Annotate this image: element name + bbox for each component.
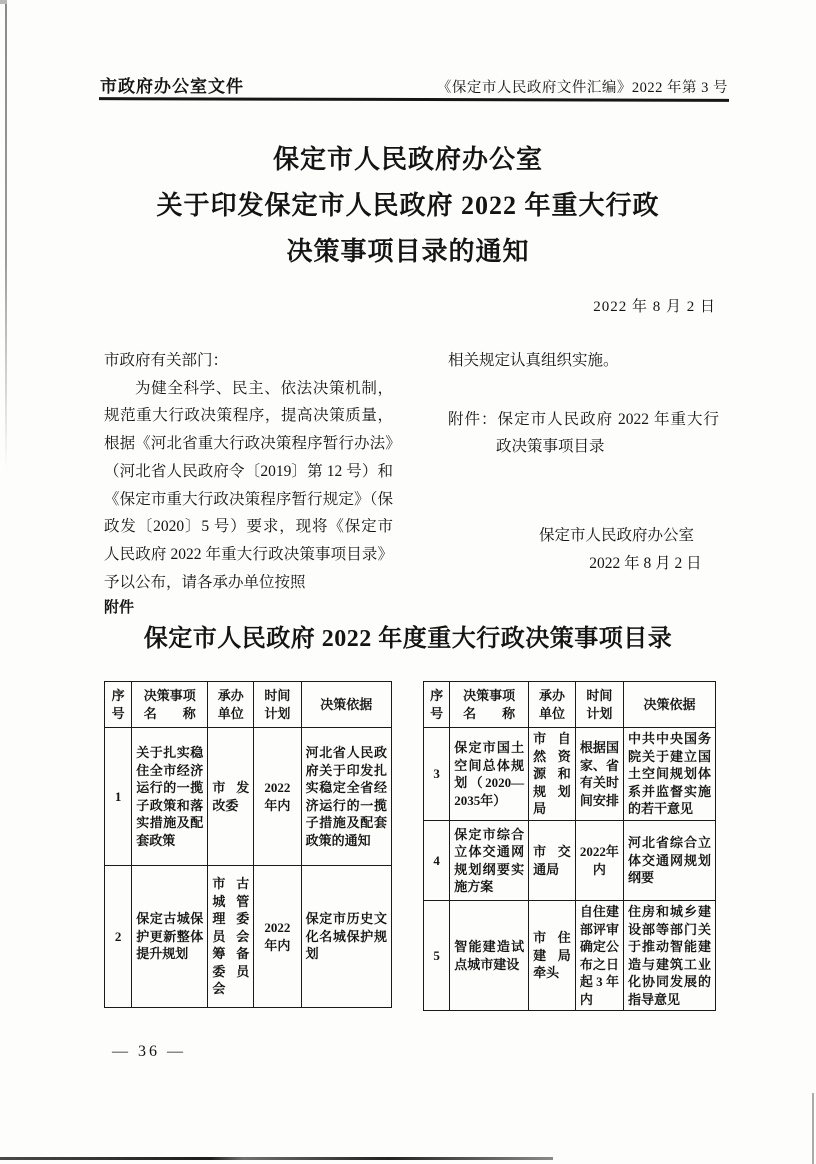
- col-header-time: 时间 计划: [254, 682, 301, 728]
- col-header-time-line1: 时间: [258, 687, 296, 705]
- cell-time: 2022年内: [254, 866, 301, 1008]
- col-header-name-line2: 名 称: [136, 705, 203, 723]
- col-header-time-line2: 计划: [258, 705, 296, 723]
- annex-title: 保定市人民政府 2022 年度重大行政决策事项目录: [0, 618, 816, 653]
- masthead-doc-type: 市政府办公室文件: [100, 72, 244, 97]
- cell-no: 4: [424, 821, 450, 901]
- table-header-row: 序号 决策事项 名 称 承办 单位 时间 计划 决策依据: [105, 682, 392, 728]
- scanned-document-page: 市政府办公室文件 《保定市人民政府文件汇编》2022 年第 3 号 保定市人民政…: [0, 0, 816, 1164]
- col-header-org: 承办 单位: [208, 682, 254, 728]
- masthead-divider: [99, 97, 729, 102]
- body-paragraph-continuation: 相关规定认真组织实施。: [448, 347, 719, 375]
- cell-no: 5: [424, 901, 450, 1011]
- col-header-basis: 决策依据: [301, 682, 391, 728]
- masthead-compilation-issue: 《保定市人民政府文件汇编》2022 年第 3 号: [437, 76, 728, 97]
- cell-org: 市自然资源和规划局: [529, 728, 576, 821]
- cell-basis: 河北省人民政府关于印发扎实稳定全省经济运行的一揽子措施及配套政策的通知: [301, 728, 391, 866]
- cell-no: 2: [105, 866, 132, 1008]
- table-row: 5 智能建造试点城市建设 市住建局牵头 自住建部评审确定公布之日起3年内 住房和…: [424, 901, 716, 1011]
- table-row: 1 关于扎实稳住全市经济运行的一揽子政策和落实措施及配套政策 市发改委 2022…: [105, 728, 392, 866]
- annex-label: 附件: [104, 596, 134, 617]
- cell-basis: 中共中央国务院关于建立国土空间规划体系并监督实施的若干意见: [623, 728, 715, 821]
- scan-artifact-bottom-line: [0, 1157, 553, 1160]
- col-header-org: 承办 单位: [529, 682, 576, 728]
- decision-catalog-table-left: 序号 决策事项 名 称 承办 单位 时间 计划 决策依据 1 关于扎实稳住全市经…: [104, 681, 392, 1008]
- masthead: 市政府办公室文件 《保定市人民政府文件汇编》2022 年第 3 号: [100, 72, 728, 97]
- signature-date: 2022 年 8 月 2 日: [514, 550, 719, 578]
- col-header-time-line1: 时间: [580, 687, 619, 705]
- cell-basis: 河北省综合立体交通网规划纲要: [623, 821, 715, 901]
- signer-name: 保定市人民政府办公室: [514, 522, 719, 550]
- table-header-row: 序号 决策事项 名 称 承办 单位 时间 计划 决策依据: [424, 682, 716, 728]
- cell-time: 自住建部评审确定公布之日起3年内: [575, 901, 623, 1011]
- col-header-org-line2: 单位: [533, 705, 571, 723]
- col-header-no: 序号: [105, 682, 132, 728]
- cell-name: 智能建造试点城市建设: [450, 901, 529, 1011]
- attachment-reference: 附件：保定市人民政府 2022 年重大行政决策事项目录: [448, 406, 719, 461]
- cell-org: 市发改委: [208, 728, 254, 866]
- table-row: 3 保定市国土空间总体规划（2020—2035年） 市自然资源和规划局 根据国家…: [424, 728, 716, 821]
- decision-catalog-table-right: 序号 决策事项 名 称 承办 单位 时间 计划 决策依据 3 保定市国土空间总体…: [423, 681, 716, 1011]
- cell-no: 3: [424, 728, 450, 821]
- cell-no: 1: [105, 728, 132, 866]
- col-header-name: 决策事项 名 称: [450, 682, 529, 728]
- signature-block: 保定市人民政府办公室 2022 年 8 月 2 日: [448, 522, 719, 577]
- col-header-org-line2: 单位: [212, 705, 249, 723]
- col-header-name: 决策事项 名 称: [132, 682, 208, 728]
- cell-name: 关于扎实稳住全市经济运行的一揽子政策和落实措施及配套政策: [132, 728, 208, 866]
- col-header-name-line1: 决策事项: [136, 687, 203, 705]
- scan-artifact-corner-speck: [0, 0, 7, 4]
- cell-basis: 住房和城乡建设部等部门关于推动智能建造与建筑工业化协同发展的指导意见: [623, 901, 715, 1011]
- document-date: 2022 年 8 月 2 日: [593, 295, 716, 316]
- col-header-no: 序号: [424, 682, 450, 728]
- document-title-line1: 保定市人民政府办公室: [0, 137, 816, 183]
- cell-name: 保定市综合立体交通网规划纲要实施方案: [450, 821, 529, 901]
- document-title-line3: 决策事项目录的通知: [0, 229, 816, 275]
- cell-time: 根据国家、省有关时间安排: [575, 728, 623, 821]
- col-header-basis: 决策依据: [623, 682, 715, 728]
- cell-org: 市古城管理委员会筹备委员会: [208, 866, 254, 1008]
- col-header-time-line2: 计划: [580, 705, 619, 723]
- cell-time: 2022年内: [575, 821, 623, 901]
- cell-org: 市交通局: [529, 821, 576, 901]
- document-title-line2: 关于印发保定市人民政府 2022 年重大行政: [0, 183, 816, 229]
- table-row: 2 保定古城保护更新整体提升规划 市古城管理委员会筹备委员会 2022年内 保定…: [105, 866, 392, 1008]
- cell-time: 2022年内: [254, 728, 301, 866]
- cell-org: 市住建局牵头: [529, 901, 576, 1011]
- cell-name: 保定古城保护更新整体提升规划: [132, 866, 208, 1008]
- scan-artifact-right-line: [812, 1093, 814, 1164]
- col-header-name-line2: 名 称: [454, 705, 524, 723]
- table-row: 4 保定市综合立体交通网规划纲要实施方案 市交通局 2022年内 河北省综合立体…: [424, 821, 716, 901]
- body-column-right: 相关规定认真组织实施。 附件：保定市人民政府 2022 年重大行政决策事项目录 …: [448, 347, 719, 578]
- page-number: — 36 —: [112, 1043, 186, 1061]
- col-header-time: 时间 计划: [575, 682, 623, 728]
- cell-basis: 保定市历史文化名城保护规划: [301, 866, 391, 1008]
- cell-name: 保定市国土空间总体规划（2020—2035年）: [450, 728, 529, 821]
- body-paragraph: 为健全科学、民主、依法决策机制，规范重大行政决策程序，提高决策质量，根据《河北省…: [104, 375, 393, 597]
- col-header-org-line1: 承办: [533, 687, 571, 705]
- salutation: 市政府有关部门：: [104, 347, 393, 375]
- col-header-name-line1: 决策事项: [454, 687, 524, 705]
- col-header-org-line1: 承办: [212, 687, 249, 705]
- body-column-left: 市政府有关部门： 为健全科学、民主、依法决策机制，规范重大行政决策程序，提高决策…: [104, 347, 393, 596]
- document-title: 保定市人民政府办公室 关于印发保定市人民政府 2022 年重大行政 决策事项目录…: [0, 137, 816, 275]
